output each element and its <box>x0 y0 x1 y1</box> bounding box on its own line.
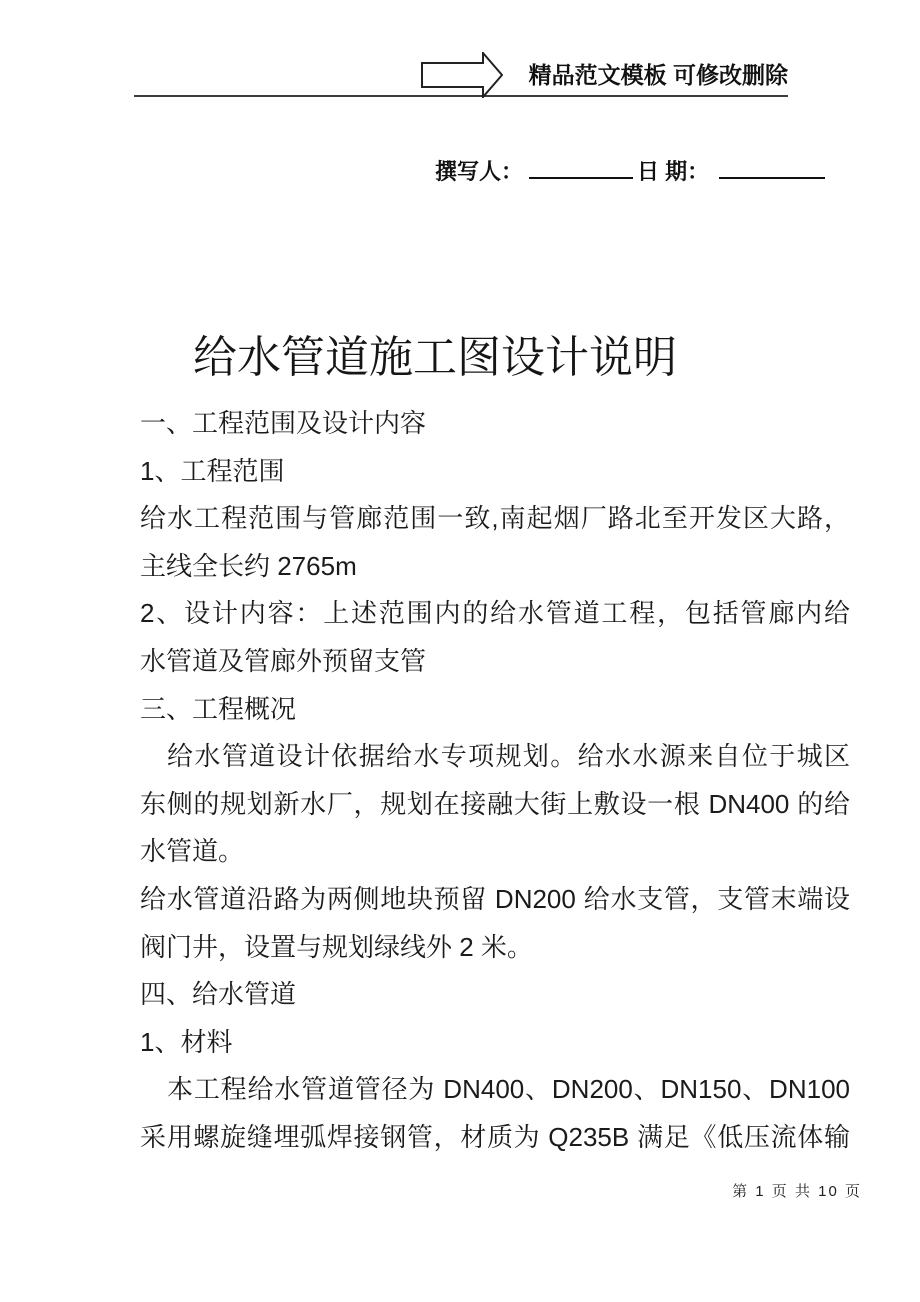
document-body: 一、工程范围及设计内容 1、工程范围 给水工程范围与管廊范围一致,南起烟厂路北至… <box>140 400 850 1162</box>
doc-line: 水管道及管廊外预留支管 <box>140 638 850 686</box>
page-number: 第 1 页 共 10 页 <box>732 1180 862 1201</box>
doc-line: 给水管道沿路为两侧地块预留 DN200 给水支管，支管末端设 <box>140 876 850 924</box>
doc-line: 给水工程范围与管廊范围一致,南起烟厂路北至开发区大路， <box>140 495 850 543</box>
author-blank-field <box>529 155 633 179</box>
doc-line: 阀门井，设置与规划绿线外 2 米。 <box>140 924 850 972</box>
doc-line-section-3: 三、工程概况 <box>140 686 850 734</box>
doc-line-section-4: 四、给水管道 <box>140 971 850 1019</box>
doc-line-sub-2: 2、设计内容：上述范围内的给水管道工程，包括管廊内给 <box>140 590 850 638</box>
doc-line-sub-1: 1、工程范围 <box>140 448 850 496</box>
promo-arrow-icon <box>421 52 503 98</box>
date-label: 日 期： <box>637 159 709 184</box>
byline: 撰写人：日 期： <box>435 155 825 188</box>
doc-line-section-1: 一、工程范围及设计内容 <box>140 400 850 448</box>
date-blank-field <box>719 155 825 179</box>
document-title: 给水管道施工图设计说明 <box>80 330 790 386</box>
doc-line: 本工程给水管道管径为 DN400、DN200、DN150、DN100 <box>140 1066 850 1114</box>
doc-line: 给水管道设计依据给水专项规划。给水水源来自位于城区 <box>140 733 850 781</box>
document-page: 精品范文模板 可修改删除 撰写人：日 期： 给水管道施工图设计说明 一、工程范围… <box>0 0 920 1302</box>
doc-line: 采用螺旋缝埋弧焊接钢管，材质为 Q235B 满足《低压流体输 <box>140 1114 850 1162</box>
doc-line-sub-1b: 1、材料 <box>140 1019 850 1067</box>
doc-line: 主线全长约 2765m <box>140 543 850 591</box>
doc-line: 东侧的规划新水厂，规划在接融大街上敷设一根 DN400 的给 <box>140 781 850 829</box>
doc-line: 水管道。 <box>140 828 850 876</box>
header-banner-text: 精品范文模板 可修改删除 <box>529 60 788 90</box>
author-label: 撰写人： <box>435 159 523 184</box>
